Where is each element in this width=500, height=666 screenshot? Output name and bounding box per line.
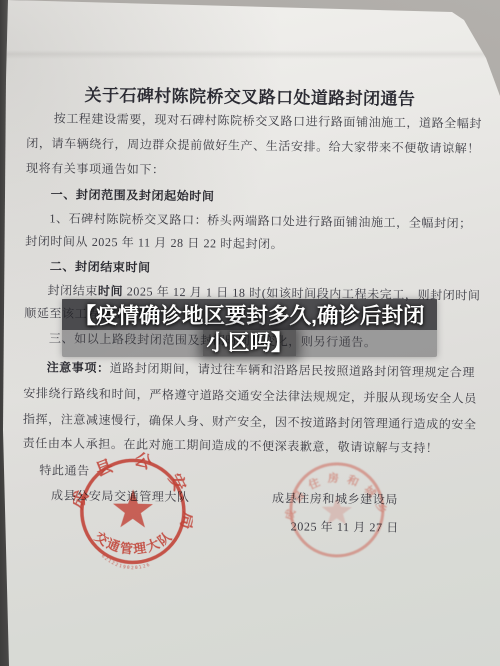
- section1-line-2: 封闭时间从 2025 年 11 月 28 日 22 时起封闭。: [25, 233, 283, 252]
- construction-bureau-seal-stamp-icon: 成县住房和城乡建设局: [282, 455, 391, 564]
- notes-line-2: 安排绕行路线和时间，严格遵守道路交通安全法律法规规定，并服从现场安全人员: [23, 385, 477, 407]
- intro-line-3: 现将有关事项通告如下：: [26, 160, 165, 178]
- caption-bar: 【疫情确诊地区要封多久,确诊后封闭: [62, 299, 437, 330]
- section2-heading: 二、封闭结束时间: [50, 258, 151, 275]
- intro-line-2: 闭，请车辆绕行，周边群众提前做好生产、生活安排。给大家带来不便敬请谅解！: [26, 135, 480, 157]
- section1-line-1: 1、石碑村陈院桥交叉路口：桥头两端路口处进行路面铺油施工，全幅封闭；: [49, 210, 472, 231]
- seal-star-icon: [113, 489, 153, 527]
- notes-line-1: 注意事项：道路封闭期间，请过往车辆和沿路居民按照道路封闭管理规定合理: [47, 359, 476, 380]
- caption-text-line2: 小区吗】: [203, 330, 295, 356]
- section1-heading: 一、封闭范围及封闭起始时间: [51, 186, 215, 204]
- section2-lead: 封闭结束: [47, 283, 98, 298]
- notes-line-3: 指挥，注意减速慢行，确保人身、财产安全，因不按道路封闭管理通行造成的安全: [23, 411, 477, 433]
- police-seal-stamp-icon: 成县公安局 交通管理大队 6212219020126: [72, 451, 193, 572]
- section2-lead-bold: 时间: [98, 284, 123, 298]
- notice-title: 关于石碑村陈院桥交叉路口处道路封闭通告: [0, 80, 500, 111]
- notes-line1-text: 道路封闭期间，请过往车辆和沿路居民按照道路封闭管理规定合理: [110, 361, 476, 379]
- seal-star-icon: [322, 496, 353, 525]
- photo-background: 关于石碑村陈院桥交叉路口处道路封闭通告 按工程建设需要，现对石碑村陈院桥交叉路口…: [0, 0, 500, 666]
- caption-text-line1: 【疫情确诊地区要封多久,确诊后封闭: [75, 299, 425, 330]
- notes-label: 注意事项：: [47, 360, 110, 375]
- intro-line-1: 按工程建设需要，现对石碑村陈院桥交叉路口进行路面铺油施工，道路全幅封: [54, 110, 483, 131]
- caption-line2-row: 小区吗】: [62, 330, 437, 357]
